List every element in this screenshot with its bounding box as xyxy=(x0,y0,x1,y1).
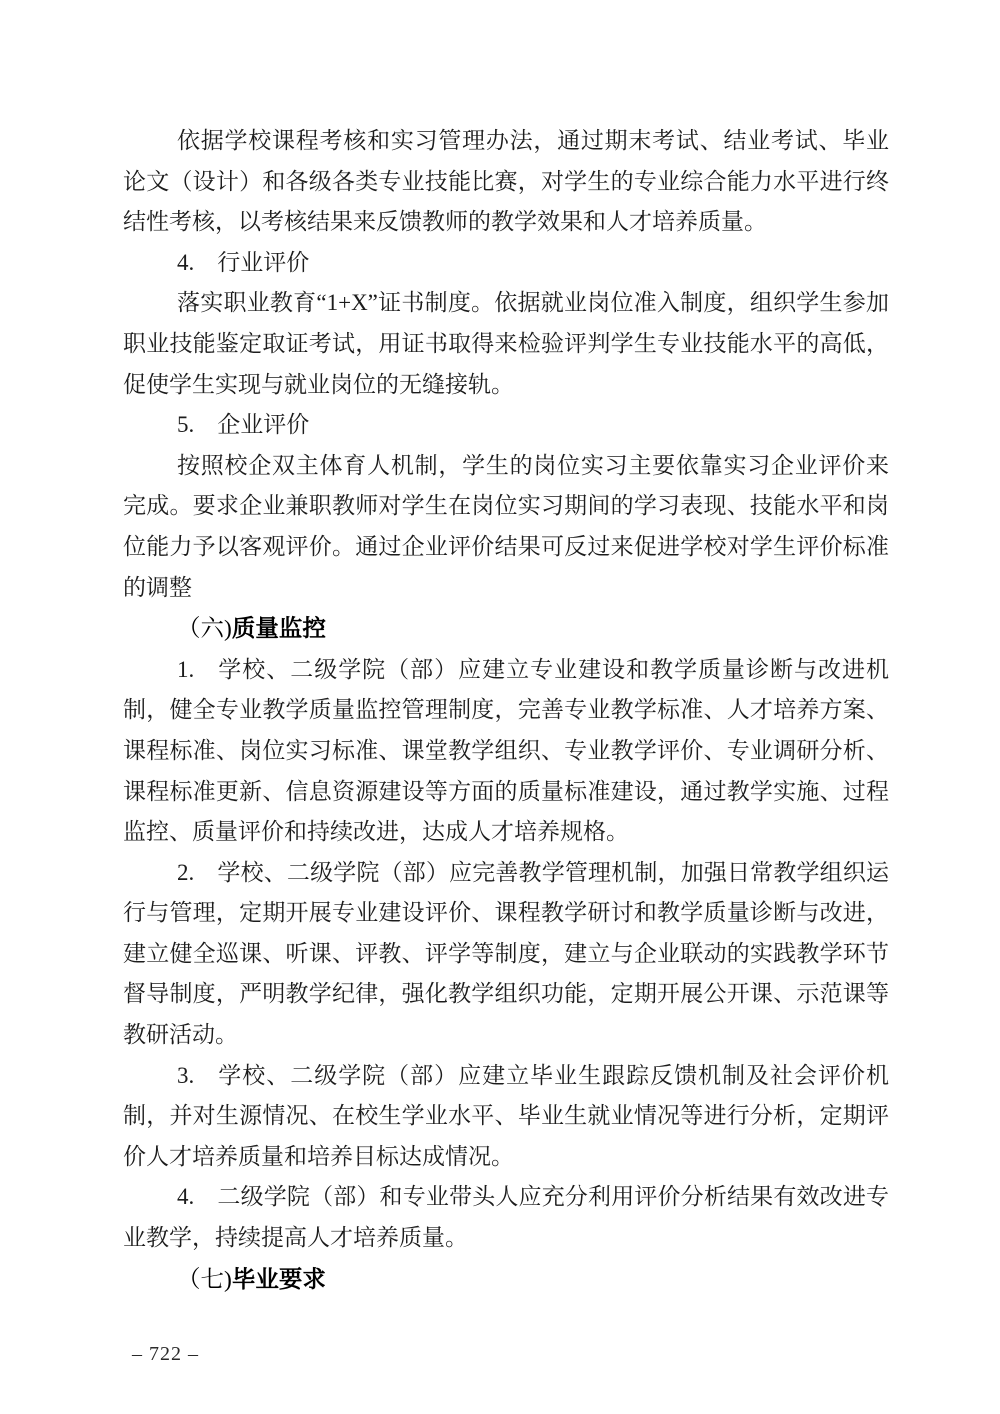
paragraph-summative-assessment: 依据学校课程考核和实习管理办法，通过期末考试、结业考试、毕业论文（设计）和各级各… xyxy=(123,121,889,243)
subheading-enterprise-evaluation: 5. 企业评价 xyxy=(123,405,889,446)
paragraph-quality-item-2: 2. 学校、二级学院（部）应完善教学管理机制，加强日常教学组织运行与管理，定期开… xyxy=(123,853,889,1056)
paragraph-enterprise-evaluation-detail: 按照校企双主体育人机制，学生的岗位实习主要依靠实习企业评价来完成。要求企业兼职教… xyxy=(123,446,889,608)
heading-quality-monitoring: （六)质量监控 xyxy=(123,608,889,650)
subheading-industry-evaluation: 4. 行业评价 xyxy=(123,243,889,284)
paragraph-1x-certificate: 落实职业教育“1+X”证书制度。依据就业岗位准入制度，组织学生参加职业技能鉴定取… xyxy=(123,283,889,405)
document-page: 依据学校课程考核和实习管理办法，通过期末考试、结业考试、毕业论文（设计）和各级各… xyxy=(0,0,1000,1414)
heading-graduation-requirements: （七)毕业要求 xyxy=(123,1259,889,1301)
paragraph-quality-item-3: 3. 学校、二级学院（部）应建立毕业生跟踪反馈机制及社会评价机制，并对生源情况、… xyxy=(123,1056,889,1178)
heading-title: 质量监控 xyxy=(232,615,326,641)
paragraph-quality-item-1: 1. 学校、二级学院（部）应建立专业建设和教学质量诊断与改进机制，健全专业教学质… xyxy=(123,650,889,853)
paragraph-quality-item-4: 4. 二级学院（部）和专业带头人应充分利用评价分析结果有效改进专业教学，持续提高… xyxy=(123,1177,889,1258)
document-body: 依据学校课程考核和实习管理办法，通过期末考试、结业考试、毕业论文（设计）和各级各… xyxy=(123,121,889,1300)
heading-number-prefix: （六) xyxy=(177,616,232,642)
page-number: – 722 – xyxy=(132,1342,199,1366)
heading-title: 毕业要求 xyxy=(232,1266,326,1292)
heading-number-prefix: （七) xyxy=(177,1267,232,1293)
